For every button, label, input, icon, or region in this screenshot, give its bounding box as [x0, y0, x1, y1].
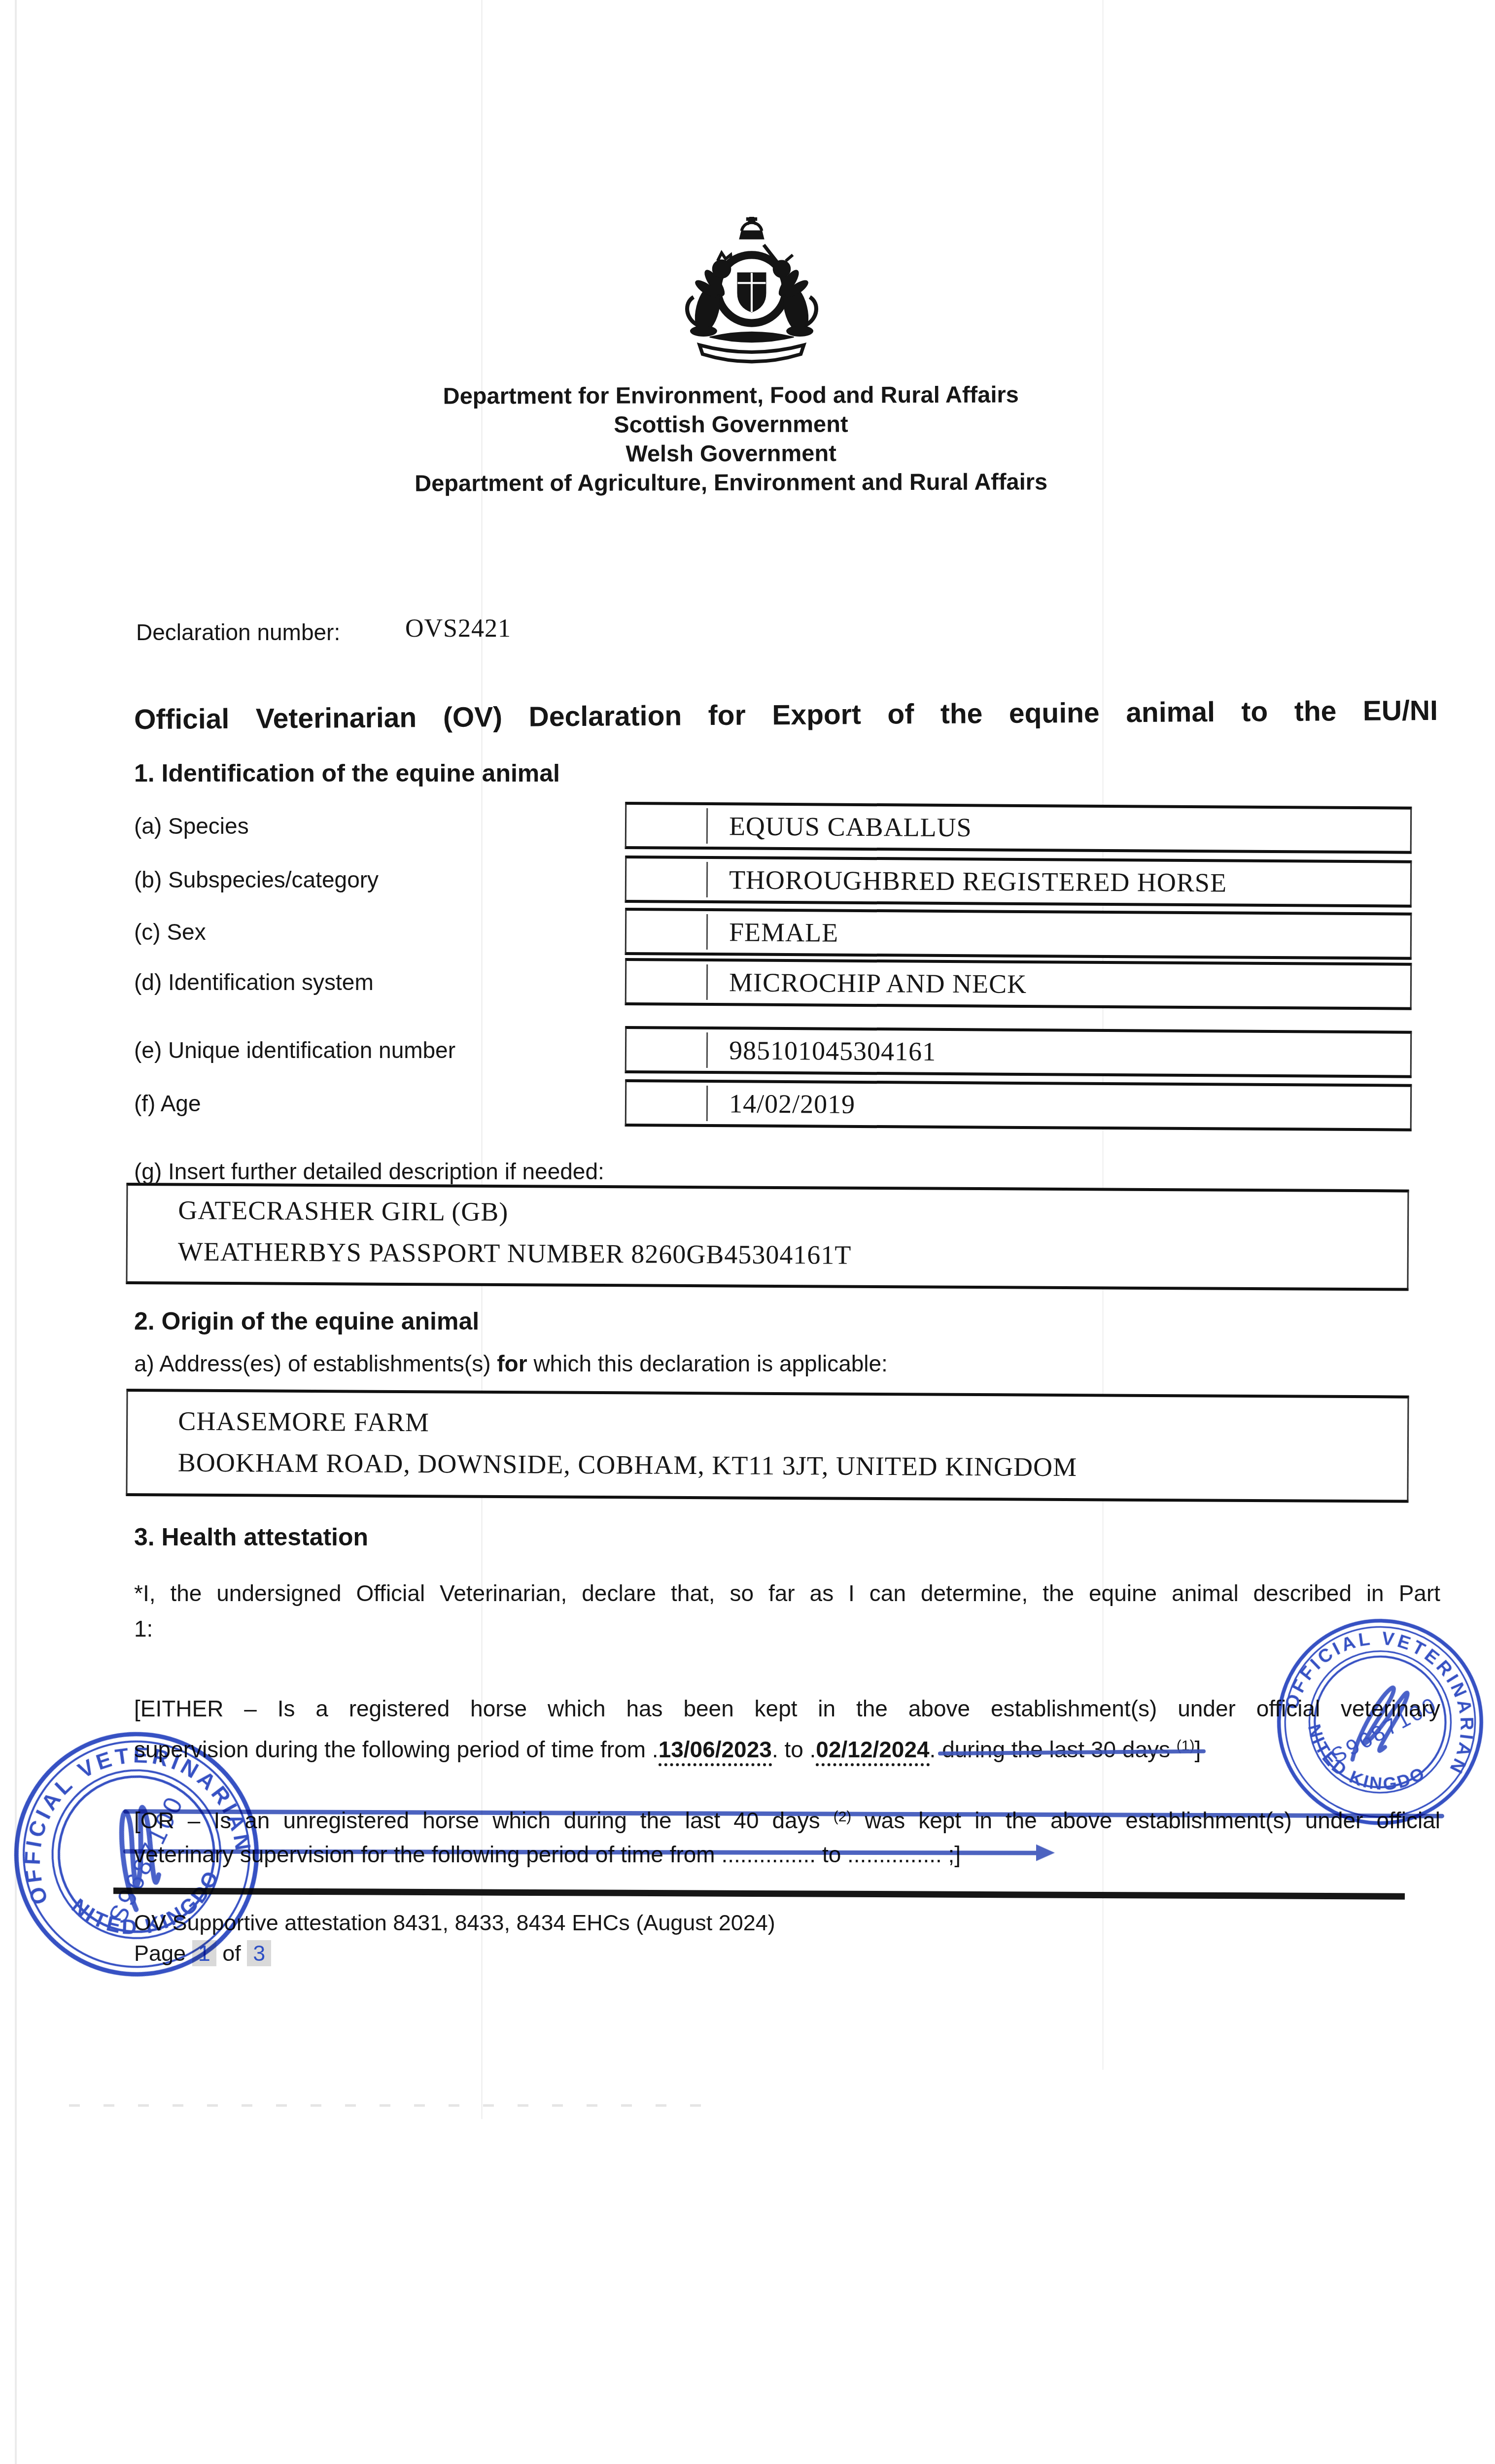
further-description-label: (g) Insert further detailed description … [134, 1158, 604, 1185]
field-subspecies-value: THOROUGHBRED REGISTERED HORSE [729, 859, 1406, 904]
address-label: a) Address(es) of establishments(s) for … [134, 1350, 888, 1377]
horse-name: GATECRASHER GIRL (GB) [178, 1195, 1397, 1232]
department-line: Department of Agriculture, Environment a… [0, 466, 1462, 499]
section2-heading: 2. Origin of the equine animal [134, 1307, 479, 1335]
field-identification-system-box: MICROCHIP AND NECK [625, 958, 1412, 1010]
field-subspecies-box: THOROUGHBRED REGISTERED HORSE [625, 856, 1412, 908]
scanner-edge-shadow [15, 0, 17, 2464]
field-sex-box: FEMALE [625, 908, 1412, 960]
section1-heading: 1. Identification of the equine animal [134, 759, 560, 787]
field-species-label: (a) Species [134, 813, 249, 839]
establishment-address: BOOKHAM ROAD, DOWNSIDE, COBHAM, KT11 3JT… [178, 1447, 1397, 1484]
struck-words: during the last 30 days [942, 1737, 1177, 1762]
address-label-pre: a) Address(es) of establishments(s) [134, 1351, 497, 1376]
field-age-value: 14/02/2019 [729, 1083, 1406, 1128]
address-label-post: which this declaration is applicable: [527, 1351, 888, 1376]
field-species-box: EQUUS CABALLUS [625, 802, 1412, 854]
department-line: Scottish Government [0, 408, 1462, 441]
footnote-separator-rule [113, 1887, 1405, 1899]
either-mid: . to . [772, 1737, 816, 1762]
royal-coat-of-arms-icon [651, 217, 853, 367]
field-unique-id-value: 985101045304161 [729, 1029, 1406, 1075]
scan-noise-line [69, 2104, 710, 2107]
struck-option-text: during the last 30 days (1)] [942, 1737, 1201, 1762]
department-line: Welsh Government [0, 437, 1462, 470]
field-age-box: 14/02/2019 [625, 1079, 1412, 1131]
either-clause-line2: supervision during the following period … [134, 1728, 1440, 1768]
either-close-bracket: ] [1194, 1737, 1201, 1762]
footnote-2-marker: (2) [834, 1809, 852, 1825]
government-header: Department for Environment, Food and Rur… [0, 378, 1462, 499]
field-unique-id-box: 985101045304161 [625, 1026, 1412, 1078]
field-identification-system-label: (d) Identification system [134, 969, 374, 995]
address-label-bold: for [497, 1351, 527, 1376]
field-subspecies-label: (b) Subspecies/category [134, 866, 379, 893]
supervision-from-date: 13/06/2023 [659, 1737, 772, 1766]
section3-heading: 3. Health attestation [134, 1523, 368, 1551]
field-unique-id-label: (e) Unique identification number [134, 1037, 455, 1063]
passport-number: WEATHERBYS PASSPORT NUMBER 8260GB4530416… [178, 1236, 1397, 1273]
declaration-number-value: OVS2421 [405, 614, 511, 643]
declaration-number-label: Declaration number: [136, 619, 340, 646]
either-dot: . [930, 1737, 942, 1762]
establishment-name: CHASEMORE FARM [178, 1406, 1397, 1443]
address-box: CHASEMORE FARM BOOKHAM ROAD, DOWNSIDE, C… [126, 1389, 1409, 1503]
page-title: Official Veterinarian (OV) Declaration f… [134, 694, 1438, 736]
attestation-intro-line1: *I, the undersigned Official Veterinaria… [134, 1575, 1440, 1611]
footnote-1-marker: (1) [1177, 1738, 1195, 1754]
field-sex-value: FEMALE [729, 911, 1406, 957]
field-sex-label: (c) Sex [134, 919, 206, 945]
field-age-label: (f) Age [134, 1090, 201, 1117]
department-line: Department for Environment, Food and Rur… [0, 378, 1462, 411]
attestation-intro-line2: 1: [134, 1610, 1440, 1647]
field-identification-system-value: MICROCHIP AND NECK [729, 961, 1406, 1007]
supervision-to-date: 02/12/2024 [816, 1737, 929, 1766]
field-species-value: EQUUS CABALLUS [729, 805, 1406, 851]
further-description-box: GATECRASHER GIRL (GB) WEATHERBYS PASSPOR… [126, 1183, 1409, 1291]
or-clause-line1: [OR – Is an unregistered horse which dur… [134, 1799, 1440, 1839]
either-clause-line1: [EITHER – Is a registered horse which ha… [134, 1690, 1440, 1727]
